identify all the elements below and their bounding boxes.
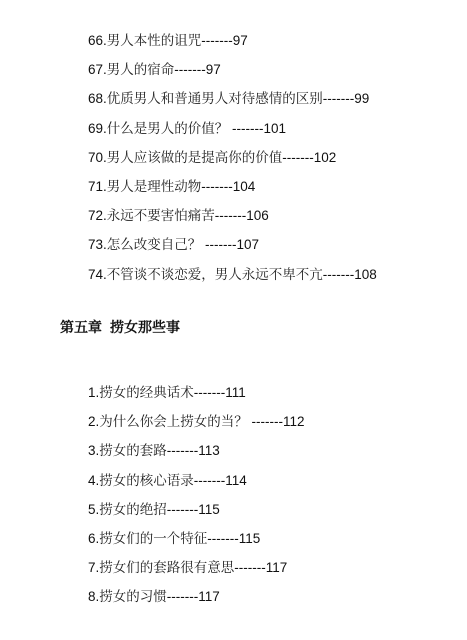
- toc-entry-title: 什么是男人的价值？: [107, 121, 229, 137]
- toc-entry-title: 捞女们的套路很有意思: [99, 560, 234, 576]
- toc-entry-leader: -------: [282, 150, 313, 165]
- toc-entry[interactable]: 70.男人应该做的是提高你的价值-------102: [88, 143, 377, 172]
- toc-entry-leader: -------: [201, 237, 236, 252]
- toc-entry-title: 捞女的核心语录: [99, 473, 194, 489]
- toc-entry-number: 72.: [88, 208, 107, 223]
- toc-entry-page: 107: [237, 237, 260, 252]
- toc-entry-leader: -------: [201, 179, 232, 194]
- toc-entry-number: 68.: [88, 91, 107, 106]
- toc-entry[interactable]: 74.不管谈不谈恋爱，男人永远不卑不亢-------108: [88, 260, 377, 289]
- toc-entry[interactable]: 1.捞女的经典话术-------111: [88, 378, 305, 407]
- toc-entry-leader: -------: [201, 33, 232, 48]
- toc-entry-number: 6.: [88, 531, 99, 546]
- toc-entry-number: 69.: [88, 121, 107, 136]
- toc-entry-title: 男人是理性动物: [107, 179, 202, 195]
- toc-entry[interactable]: 71.男人是理性动物-------104: [88, 172, 377, 201]
- toc-entry-number: 3.: [88, 443, 99, 458]
- toc-entry-leader: -------: [194, 473, 225, 488]
- toc-entry-leader: -------: [194, 385, 225, 400]
- chapter-heading: 第五章捞女那些事: [60, 318, 180, 338]
- toc-entry-page: 117: [266, 560, 288, 575]
- toc-entry-leader: -------: [167, 589, 198, 604]
- toc-entry-number: 70.: [88, 150, 107, 165]
- toc-entry-number: 2.: [88, 414, 99, 429]
- toc-entry-page: 111: [225, 385, 246, 400]
- toc-entry-title: 捞女的经典话术: [99, 385, 194, 401]
- toc-entry-page: 117: [198, 589, 220, 604]
- toc-entry-title: 男人本性的诅咒: [107, 33, 202, 49]
- toc-entry[interactable]: 3.捞女的套路-------113: [88, 436, 305, 465]
- toc-entry-leader: -------: [174, 62, 205, 77]
- toc-entry-page: 108: [354, 267, 377, 282]
- toc-entry-leader: -------: [228, 121, 263, 136]
- toc-entry-number: 5.: [88, 502, 99, 517]
- toc-entry-title: 捞女的习惯: [99, 589, 167, 605]
- toc-entry-page: 97: [206, 62, 221, 77]
- toc-entry-number: 7.: [88, 560, 99, 575]
- toc-entry[interactable]: 69.什么是男人的价值？ -------101: [88, 114, 377, 143]
- toc-entry-number: 4.: [88, 473, 99, 488]
- toc-entry-title: 男人应该做的是提高你的价值: [107, 150, 283, 166]
- toc-entry[interactable]: 6.捞女们的一个特征-------115: [88, 524, 305, 553]
- toc-entry[interactable]: 72.永远不要害怕痛苦-------106: [88, 201, 377, 230]
- toc-entry-title: 怎么改变自己？: [107, 237, 202, 253]
- toc-entry-page: 106: [246, 208, 269, 223]
- toc-entry-leader: -------: [323, 91, 354, 106]
- toc-entry-page: 115: [239, 531, 261, 546]
- toc-entry[interactable]: 8.捞女的习惯-------117: [88, 582, 305, 611]
- chapter-title: 捞女那些事: [110, 320, 180, 336]
- toc-entry-page: 114: [225, 473, 247, 488]
- toc-entry[interactable]: 67.男人的宿命-------97: [88, 55, 377, 84]
- toc-entry[interactable]: 7.捞女们的套路很有意思-------117: [88, 553, 305, 582]
- toc-entry-number: 66.: [88, 33, 107, 48]
- toc-entry-page: 102: [314, 150, 337, 165]
- toc-entry-page: 97: [233, 33, 248, 48]
- toc-entry-page: 99: [354, 91, 369, 106]
- toc-entry[interactable]: 66.男人本性的诅咒-------97: [88, 26, 377, 55]
- toc-entry-number: 73.: [88, 237, 107, 252]
- toc-entry-leader: -------: [323, 267, 354, 282]
- toc-entry-title: 不管谈不谈恋爱，男人永远不卑不亢: [107, 267, 323, 283]
- document-page: 66.男人本性的诅咒-------97 67.男人的宿命-------97 68…: [0, 0, 467, 640]
- toc-entry-title: 为什么你会上捞女的当？: [99, 414, 248, 430]
- toc-entry-number: 1.: [88, 385, 99, 400]
- toc-list-part2: 1.捞女的经典话术-------111 2.为什么你会上捞女的当？ ------…: [88, 378, 305, 612]
- toc-entry-leader: -------: [215, 208, 246, 223]
- toc-entry-title: 永远不要害怕痛苦: [107, 208, 215, 224]
- toc-entry-leader: -------: [207, 531, 238, 546]
- toc-entry-number: 8.: [88, 589, 99, 604]
- toc-entry[interactable]: 4.捞女的核心语录-------114: [88, 466, 305, 495]
- toc-entry-page: 112: [283, 414, 305, 429]
- toc-entry-leader: -------: [167, 443, 198, 458]
- toc-entry[interactable]: 73.怎么改变自己？ -------107: [88, 230, 377, 259]
- toc-entry-leader: -------: [234, 560, 265, 575]
- toc-entry-title: 捞女们的一个特征: [99, 531, 207, 547]
- toc-entry-page: 104: [233, 179, 256, 194]
- toc-entry-page: 115: [198, 502, 220, 517]
- chapter-label: 第五章: [60, 320, 102, 336]
- toc-entry-title: 捞女的套路: [99, 443, 167, 459]
- toc-entry-leader: -------: [248, 414, 283, 429]
- toc-entry-page: 101: [264, 121, 287, 136]
- toc-entry-number: 67.: [88, 62, 107, 77]
- toc-entry-title: 优质男人和普通男人对待感情的区别: [107, 91, 323, 107]
- toc-entry[interactable]: 68.优质男人和普通男人对待感情的区别-------99: [88, 84, 377, 113]
- toc-entry-page: 113: [198, 443, 220, 458]
- toc-entry-title: 男人的宿命: [107, 62, 175, 78]
- toc-entry[interactable]: 2.为什么你会上捞女的当？ -------112: [88, 407, 305, 436]
- toc-entry-title: 捞女的绝招: [99, 502, 167, 518]
- toc-entry-number: 71.: [88, 179, 107, 194]
- toc-entry[interactable]: 5.捞女的绝招-------115: [88, 495, 305, 524]
- toc-entry-leader: -------: [167, 502, 198, 517]
- toc-list-part1: 66.男人本性的诅咒-------97 67.男人的宿命-------97 68…: [88, 26, 377, 289]
- toc-entry-number: 74.: [88, 267, 107, 282]
